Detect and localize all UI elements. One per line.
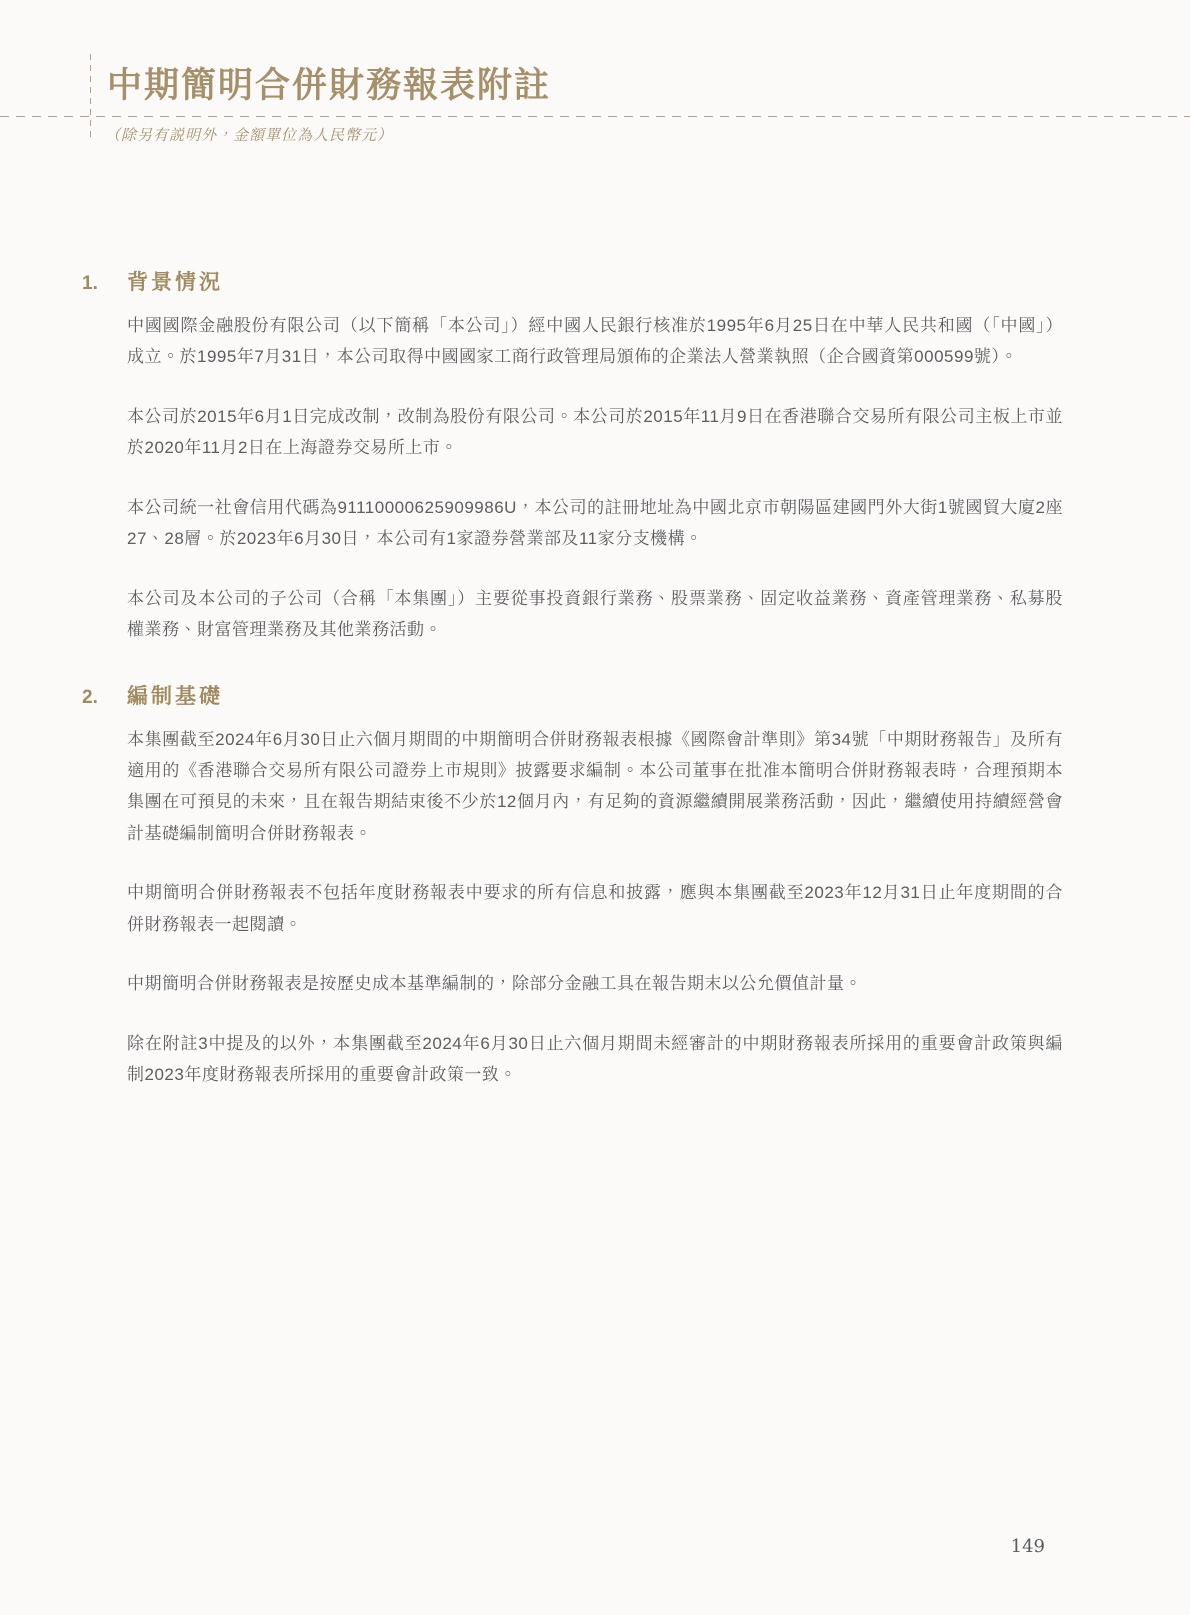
page-number: 149 [1011, 1536, 1045, 1557]
section-number: 1. [82, 273, 127, 295]
paragraph: 中期簡明合併財務報表不包括年度財務報表中要求的所有信息和披露，應與本集團截至20… [127, 877, 1063, 940]
paragraph: 除在附註3中提及的以外，本集團截至2024年6月30日止六個月期間未經審計的中期… [127, 1028, 1063, 1091]
paragraph: 本公司及本公司的子公司（合稱「本集團」）主要從事投資銀行業務、股票業務、固定收益… [127, 583, 1063, 646]
page-subtitle: （除另有説明外，金額單位為人民幣元） [105, 124, 393, 145]
document-body: 1. 背景情況 中國國際金融股份有限公司（以下簡稱「本公司」）經中國人民銀行核准… [0, 0, 1190, 1090]
document-page: 中期簡明合併財務報表附註 （除另有説明外，金額單位為人民幣元） 1. 背景情況 … [0, 0, 1190, 1615]
vertical-dashed-rule [90, 54, 91, 142]
section-title: 編制基礎 [127, 680, 223, 710]
section-basis-of-preparation: 2. 編制基礎 本集團截至2024年6月30日止六個月期間的中期簡明合併財務報表… [0, 680, 1190, 1091]
section-background: 1. 背景情況 中國國際金融股份有限公司（以下簡稱「本公司」）經中國人民銀行核准… [0, 266, 1190, 646]
section-title: 背景情況 [127, 266, 223, 296]
paragraph: 中國國際金融股份有限公司（以下簡稱「本公司」）經中國人民銀行核准於1995年6月… [127, 310, 1063, 373]
section-paragraphs: 中國國際金融股份有限公司（以下簡稱「本公司」）經中國人民銀行核准於1995年6月… [127, 310, 1063, 646]
section-paragraphs: 本集團截至2024年6月30日止六個月期間的中期簡明合併財務報表根據《國際會計準… [127, 724, 1063, 1091]
paragraph: 本集團截至2024年6月30日止六個月期間的中期簡明合併財務報表根據《國際會計準… [127, 724, 1063, 850]
section-heading-row: 1. 背景情況 [82, 266, 1190, 296]
paragraph: 本公司於2015年6月1日完成改制，改制為股份有限公司。本公司於2015年11月… [127, 401, 1063, 464]
section-number: 2. [82, 687, 127, 709]
section-heading-row: 2. 編制基礎 [82, 680, 1190, 710]
page-title: 中期簡明合併財務報表附註 [107, 58, 551, 108]
horizontal-dashed-rule [0, 116, 1190, 117]
paragraph: 本公司統一社會信用代碼為91110000625909986U，本公司的註冊地址為… [127, 492, 1063, 555]
paragraph: 中期簡明合併財務報表是按歷史成本基準編制的，除部分金融工具在報告期末以公允價值計… [127, 968, 1063, 999]
